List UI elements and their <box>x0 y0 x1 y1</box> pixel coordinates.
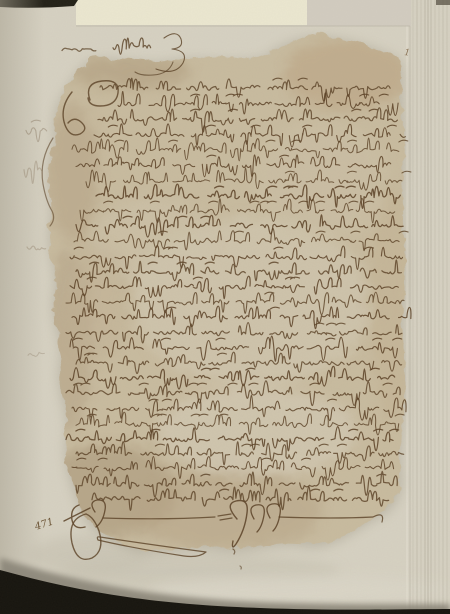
manuscript-scan-svg: 1 471 <box>0 0 450 614</box>
manuscript-scan: 1 471 <box>0 0 450 614</box>
paper-grain-overlay <box>0 0 450 614</box>
